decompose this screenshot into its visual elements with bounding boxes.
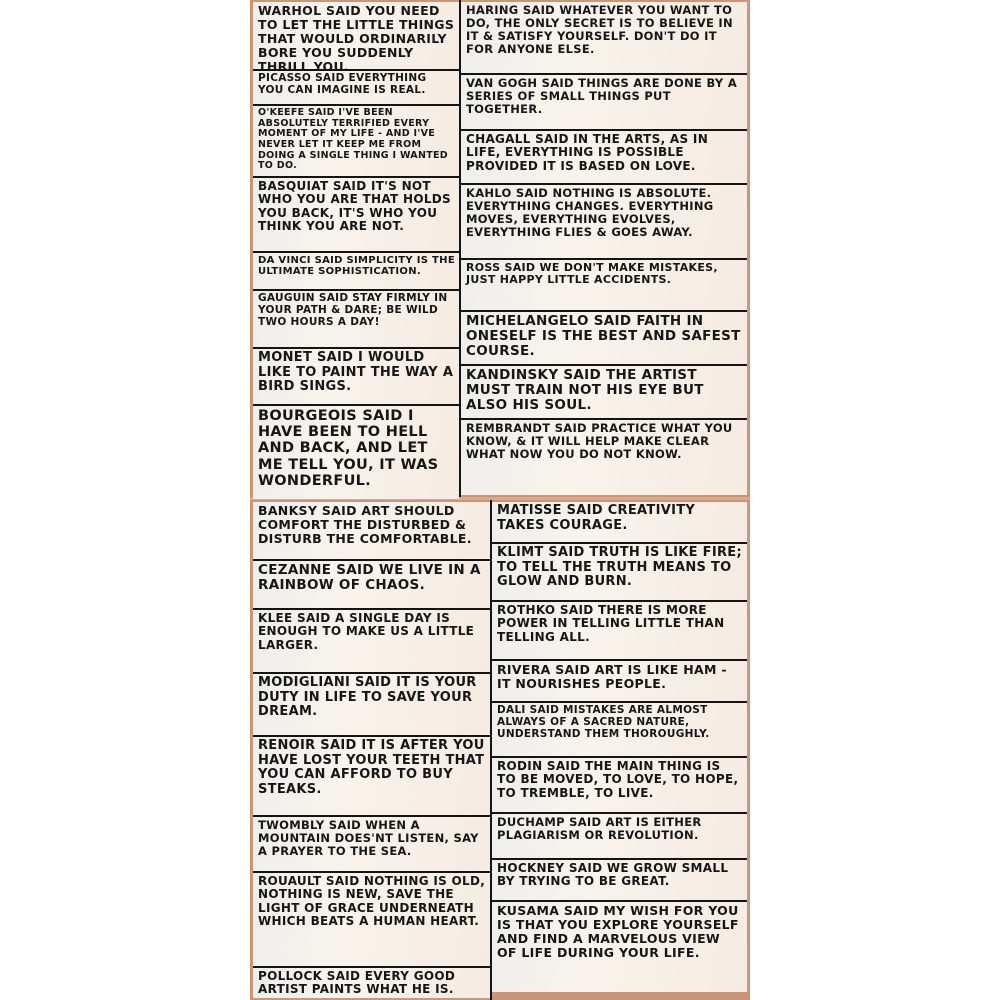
- quote-cell: Renoir said it is after you have lost yo…: [253, 735, 490, 815]
- quote-cell: Basquiat said it's not who you are that …: [253, 176, 459, 251]
- quote-text: Matisse said creativity takes courage.: [497, 503, 695, 533]
- quote-text: Dali said mistakes are almost always of …: [497, 704, 710, 740]
- quote-cell: Kandinsky said the artist must train not…: [461, 364, 747, 418]
- quote-text: Haring said whatever you want to do, the…: [466, 3, 733, 56]
- quote-text: Bourgeois said I have been to hell and b…: [258, 408, 438, 489]
- quote-text: Klee said a single day is enough to make…: [258, 611, 474, 652]
- quote-cell: Banksy said art should comfort the distu…: [253, 502, 490, 559]
- quote-cell: Da Vinci said simplicity is the ultimate…: [253, 251, 459, 289]
- quote-text: Basquiat said it's not who you are that …: [258, 179, 451, 233]
- quote-cell: O'Keefe said I've been absolutely terrif…: [253, 104, 459, 176]
- quote-cell: Twombly said when a mountain does'nt lis…: [253, 815, 490, 871]
- top-left-column: Warhol said you need to let the little t…: [253, 2, 459, 495]
- quote-cell: Van Gogh said things are done by a serie…: [461, 73, 747, 129]
- quote-cell: Monet said I would like to paint the way…: [253, 347, 459, 404]
- quote-cell: Warhol said you need to let the little t…: [253, 2, 459, 69]
- quote-cell: Cezanne said we live in a rainbow of cha…: [253, 559, 490, 608]
- top-right-column: Haring said whatever you want to do, the…: [461, 2, 747, 495]
- quote-cell: Rouault said nothing is old, nothing is …: [253, 871, 490, 966]
- quote-text: Rembrandt said practice what you know, &…: [466, 421, 733, 461]
- quote-text: Cezanne said we live in a rainbow of cha…: [258, 562, 481, 593]
- quote-text: Klimt said truth is like fire; to tell t…: [497, 545, 742, 589]
- quote-text: Kusama said my wish for you is that you …: [497, 903, 739, 960]
- quote-text: Duchamp said art is either plagiarism or…: [497, 815, 702, 842]
- quote-text: O'Keefe said I've been absolutely terrif…: [258, 107, 448, 171]
- quote-cell: Pollock said every good artist paints wh…: [253, 966, 490, 998]
- quote-text: Modigliani said it is your duty in life …: [258, 675, 477, 719]
- bottom-right-column: Matisse said creativity takes courage.Kl…: [492, 502, 747, 998]
- quote-cell: Kahlo said nothing is absolute. Everythi…: [461, 183, 747, 258]
- quote-text: Kahlo said nothing is absolute. Everythi…: [466, 186, 714, 239]
- quote-cell: Rothko said there is more power in telli…: [492, 600, 747, 659]
- quote-text: Rothko said there is more power in telli…: [497, 603, 724, 644]
- quote-text: Rouault said nothing is old, nothing is …: [258, 874, 485, 928]
- quote-cell: Rivera said art is like ham - it nourish…: [492, 659, 747, 701]
- quote-text: Van Gogh said things are done by a serie…: [466, 76, 737, 116]
- quote-cell: Hockney said we grow small by trying to …: [492, 858, 747, 900]
- quote-text: Picasso said everything you can imagine …: [258, 72, 426, 96]
- quote-text: Da Vinci said simplicity is the ultimate…: [258, 255, 455, 277]
- quote-text: Twombly said when a mountain does'nt lis…: [258, 818, 479, 858]
- quote-text: Monet said I would like to paint the way…: [258, 350, 453, 394]
- quote-text: Kandinsky said the artist must train not…: [466, 367, 704, 413]
- quote-cell: Haring said whatever you want to do, the…: [461, 2, 747, 73]
- quote-cell: Dali said mistakes are almost always of …: [492, 701, 747, 756]
- quote-text: Michelangelo said faith in oneself is th…: [466, 313, 741, 359]
- quote-text: Renoir said it is after you have lost yo…: [258, 738, 485, 797]
- top-panel: Warhol said you need to let the little t…: [250, 0, 750, 497]
- quote-text: Ross said we don't make mistakes, just h…: [466, 261, 718, 286]
- quote-text: Gauguin said stay firmly in your path & …: [258, 292, 447, 328]
- quote-text: Rivera said art is like ham - it nourish…: [497, 662, 727, 691]
- quote-text: Chagall said in the arts, as in life, ev…: [466, 132, 708, 173]
- quote-text: Hockney said we grow small by trying to …: [497, 861, 728, 888]
- quote-cell: Matisse said creativity takes courage.: [492, 502, 747, 542]
- quote-cell: Ross said we don't make mistakes, just h…: [461, 258, 747, 310]
- quote-cell: Modigliani said it is your duty in life …: [253, 672, 490, 735]
- quote-cell: Duchamp said art is either plagiarism or…: [492, 812, 747, 858]
- quote-cell: Gauguin said stay firmly in your path & …: [253, 289, 459, 347]
- quote-cell: Picasso said everything you can imagine …: [253, 69, 459, 104]
- quote-cell: Rodin said the main thing is to be moved…: [492, 756, 747, 812]
- quote-text: Pollock said every good artist paints wh…: [258, 969, 455, 996]
- quote-cell: Chagall said in the arts, as in life, ev…: [461, 129, 747, 183]
- quote-cell: Rembrandt said practice what you know, &…: [461, 418, 747, 495]
- quote-cell: Klee said a single day is enough to make…: [253, 608, 490, 672]
- bottom-panel: Banksy said art should comfort the distu…: [250, 500, 750, 1000]
- quote-text: Banksy said art should comfort the distu…: [258, 503, 472, 546]
- quote-cell: Bourgeois said I have been to hell and b…: [253, 404, 459, 499]
- artist-quotes-artwork: Warhol said you need to let the little t…: [250, 0, 750, 1000]
- quote-text: Warhol said you need to let the little t…: [258, 3, 454, 69]
- quote-cell: Michelangelo said faith in oneself is th…: [461, 310, 747, 364]
- quote-text: Rodin said the main thing is to be moved…: [497, 759, 738, 800]
- quote-cell: Klimt said truth is like fire; to tell t…: [492, 542, 747, 600]
- bottom-left-column: Banksy said art should comfort the distu…: [253, 502, 490, 998]
- quote-cell: Kusama said my wish for you is that you …: [492, 900, 747, 992]
